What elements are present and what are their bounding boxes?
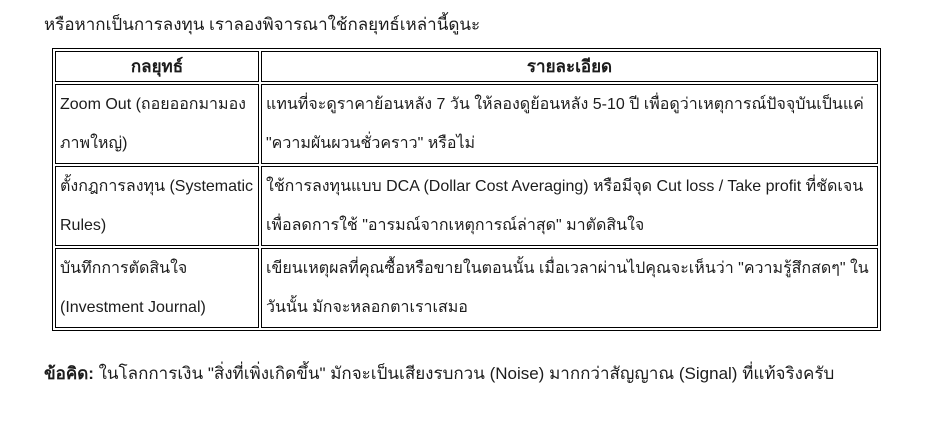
strategy-cell: บันทึกการตัดสินใจ (Investment Journal) [55,248,259,328]
table-row: ตั้งกฎการลงทุน (Systematic Rules) ใช้การ… [55,166,878,246]
strategy-table: กลยุทธ์ รายละเอียด Zoom Out (ถอยออกมามอง… [52,48,881,331]
table-header-strategy: กลยุทธ์ [55,51,259,82]
strategy-cell: ตั้งกฎการลงทุน (Systematic Rules) [55,166,259,246]
table-header-details: รายละเอียด [261,51,878,82]
table-header-row: กลยุทธ์ รายละเอียด [55,51,878,82]
detail-cell: ใช้การลงทุน​แบบ DCA (Dollar Cost Averagi… [261,166,878,246]
page: หรือหากเป็นการลงทุน เราลองพิจารณาใช้กลยุ… [0,0,928,386]
footnote-text: ในโลกการเงิน "สิ่งที่เพิ่งเกิดขึ้น" มักจ… [94,364,834,383]
strategy-cell: Zoom Out (ถอยออกมามอง​ภาพใหญ่) [55,84,259,164]
detail-cell: เขียนเหตุผล​ที่คุณ​ซื้อหรือขาย​ในตอนนั้น… [261,248,878,328]
detail-cell: แทนที่จะดูราคา​ย้อนหลัง 7 วัน ให้ลองดู​ย… [261,84,878,164]
footnote-label: ข้อคิด: [44,364,94,383]
table-row: Zoom Out (ถอยออกมามอง​ภาพใหญ่) แทนที่จะด… [55,84,878,164]
table-row: บันทึกการตัดสินใจ (Investment Journal) เ… [55,248,878,328]
page-title: หรือหากเป็นการลงทุน เราลองพิจารณาใช้กลยุ… [44,13,884,37]
footnote: ข้อคิด: ในโลกการเงิน "สิ่งที่เพิ่งเกิดขึ… [44,362,884,386]
